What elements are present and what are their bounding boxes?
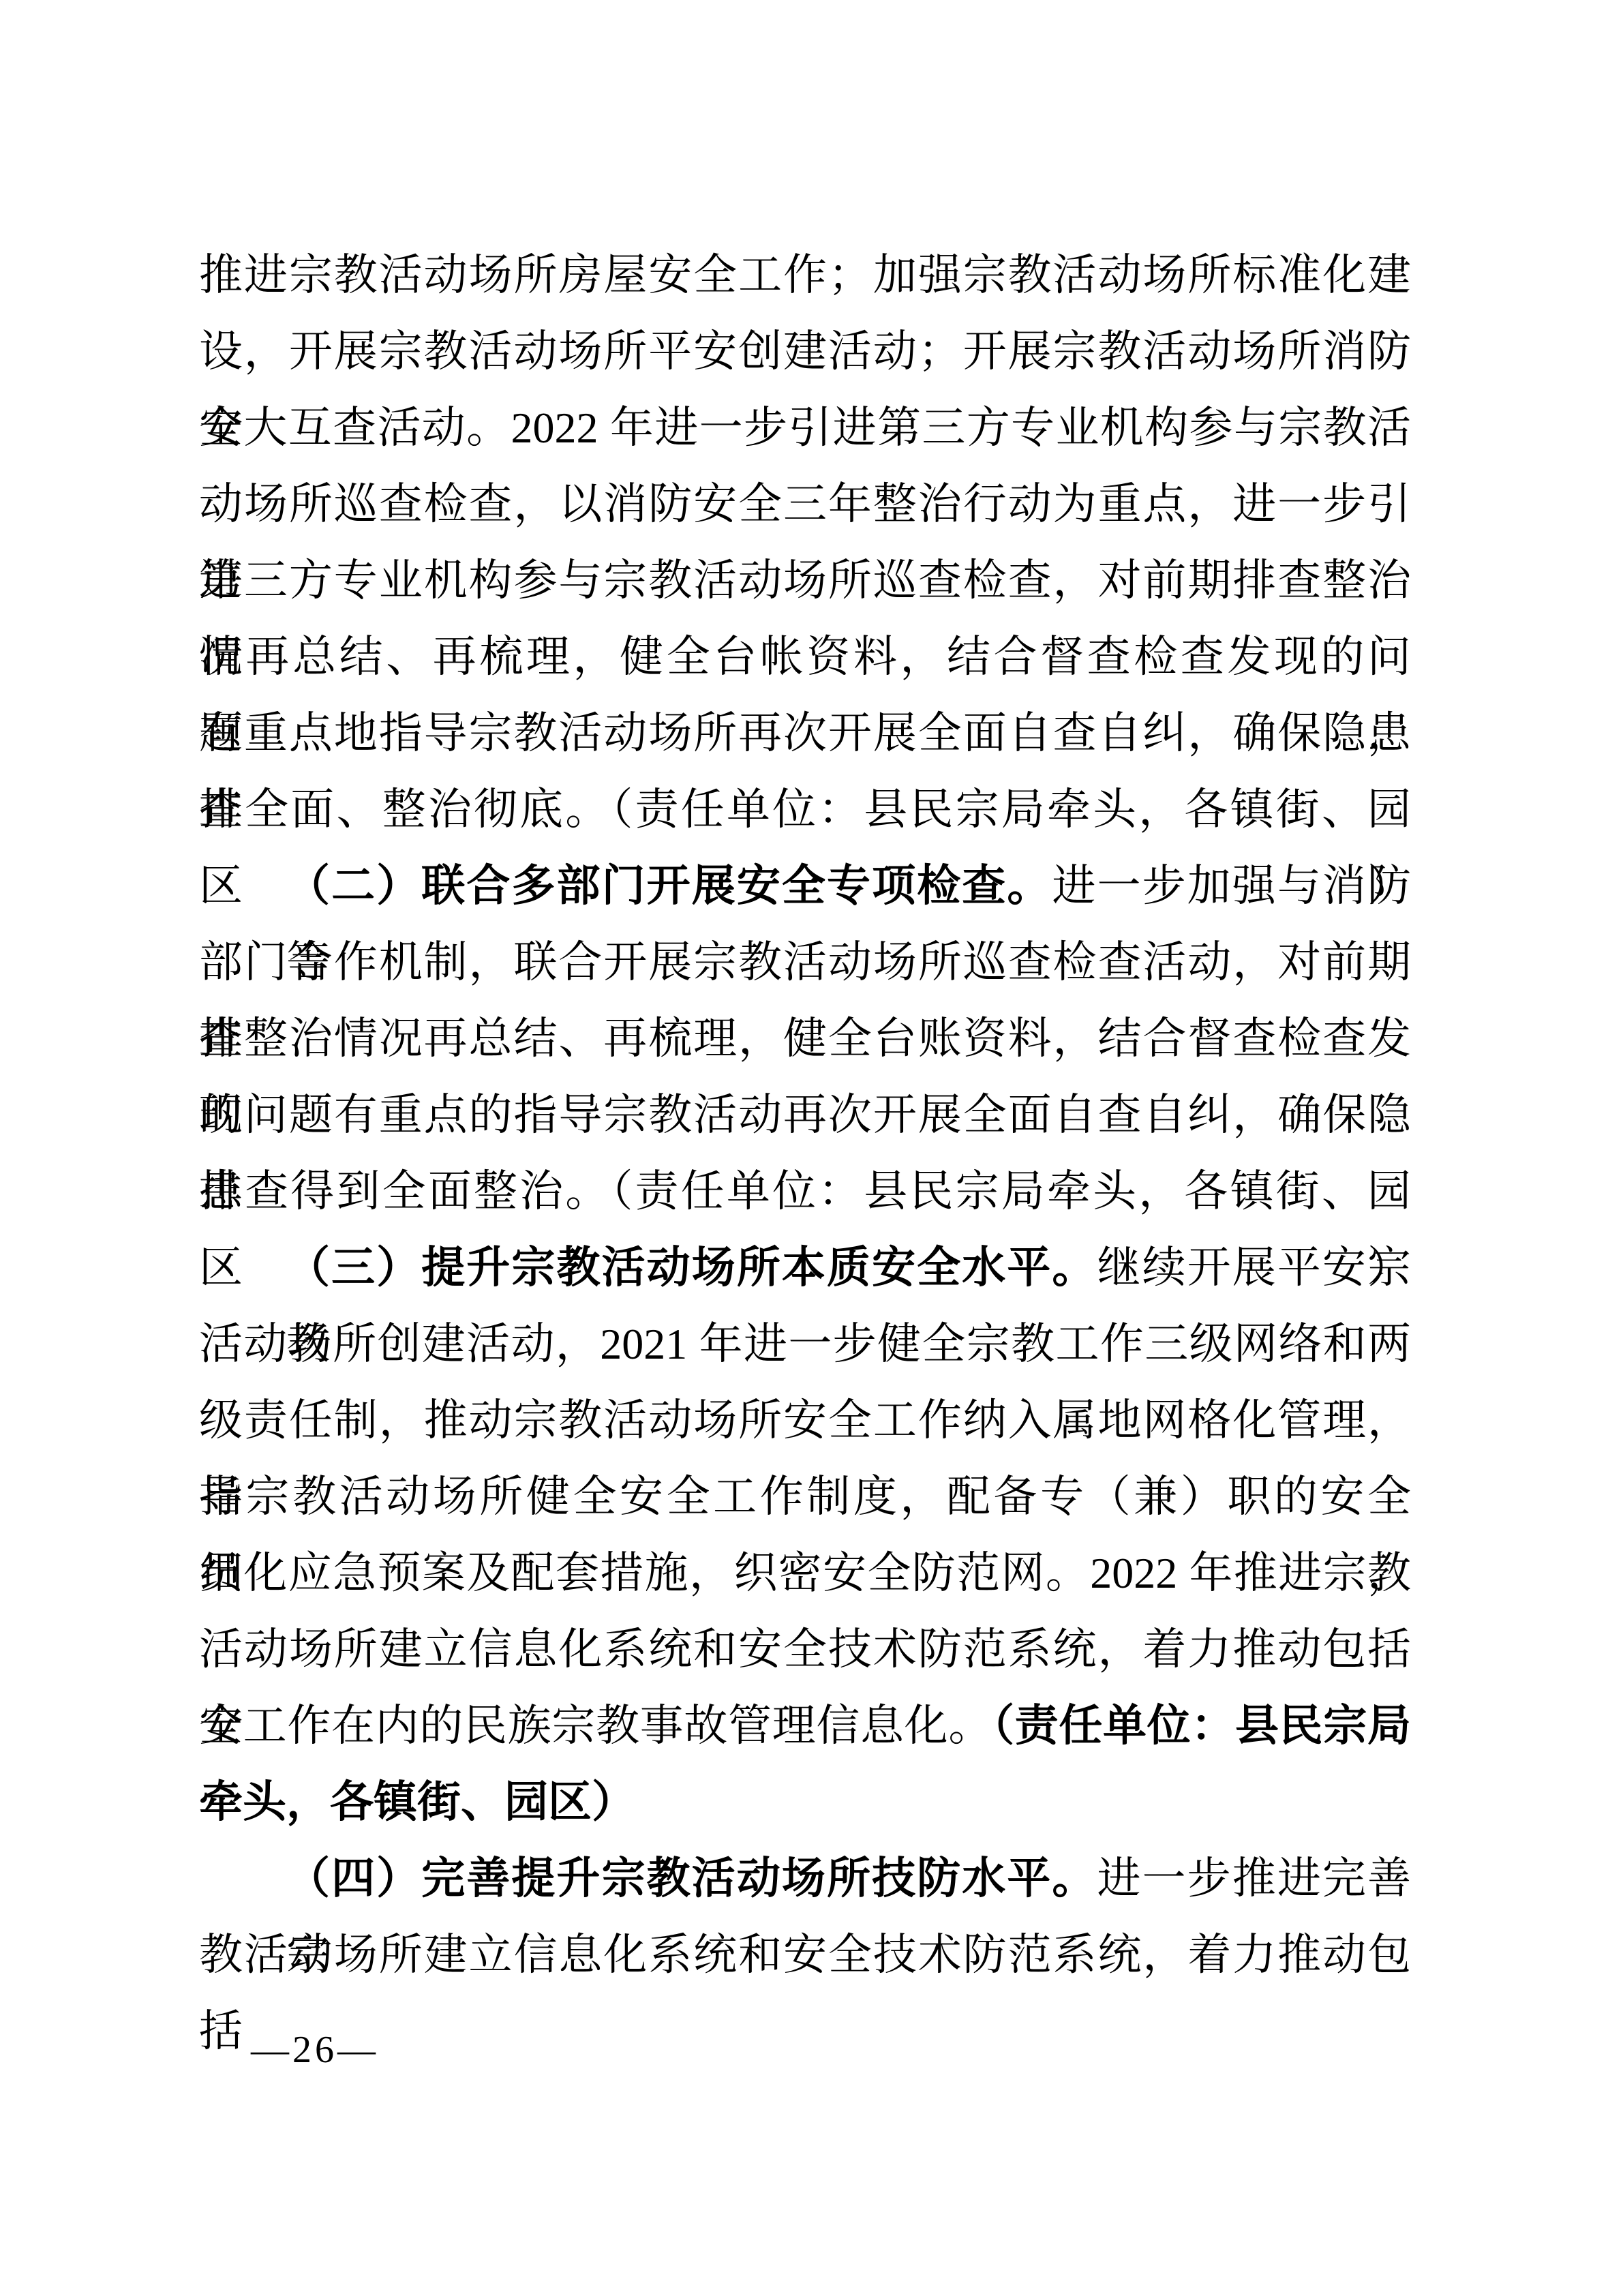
text-line: 活动场所创建活动，2021 年进一步健全宗教工作三级网络和两 bbox=[199, 1306, 1411, 1383]
text-line: 设，开展宗教活动场所平安创建活动；开展宗教活动场所消防安 bbox=[199, 314, 1411, 390]
text-line: 况再总结、再梳理，健全台帐资料，结合督查检查发现的问题， bbox=[199, 619, 1411, 695]
text-line: 的问题有重点的指导宗教活动再次开展全面自查自纠，确保隐患 bbox=[199, 1077, 1411, 1153]
text-line: 动场所巡查检查，以消防安全三年整治行动为重点，进一步引进 bbox=[199, 466, 1411, 543]
page-footer: —26— bbox=[251, 2026, 379, 2074]
text-line: 第三方专业机构参与宗教活动场所巡查检查，对前期排查整治情 bbox=[199, 543, 1411, 619]
document-body: 推进宗教活动场所房屋安全工作；加强宗教活动场所标准化建设，开展宗教活动场所平安创… bbox=[199, 237, 1411, 1993]
bold-text-segment: （责任单位：县民宗局 bbox=[992, 1702, 1411, 1750]
text-line: 查整治情况再总结、再梳理，健全台账资料，结合督查检查发现 bbox=[199, 1001, 1411, 1077]
text-line: 查全面、整治彻底。（责任单位：县民宗局牵头，各镇街、园区） bbox=[199, 772, 1411, 848]
text-line: 有重点地指导宗教活动场所再次开展全面自查自纠，确保隐患排 bbox=[199, 695, 1411, 772]
text-line: 教活动场所建立信息化系统和安全技术防范系统，着力推动包括 bbox=[199, 1917, 1411, 1993]
text-line: （二）联合多部门开展安全专项检查。进一步加强与消防等 bbox=[199, 848, 1411, 924]
text-line: （四）完善提升宗教活动场所技防水平。进一步推进完善宗 bbox=[199, 1841, 1411, 1917]
text-segment: 细化应急预案及配套措施，织密安全防范网。2022 年推进宗教 bbox=[199, 1549, 1411, 1597]
text-line: （三）提升宗教活动场所本质安全水平。继续开展平安宗教 bbox=[199, 1230, 1411, 1306]
bold-text-segment: （三）提升宗教活动场所本质安全水平。 bbox=[286, 1243, 1097, 1292]
page-number: —26— bbox=[251, 2029, 379, 2071]
text-line: 导宗教活动场所健全安全工作制度，配备专（兼）职的安全员， bbox=[199, 1459, 1411, 1535]
text-line: 全工作在内的民族宗教事故管理信息化。（责任单位：县民宗局 bbox=[199, 1688, 1411, 1764]
text-segment: 教活动场所建立信息化系统和安全技术防范系统，着力推动包括 bbox=[199, 1931, 1411, 2055]
bold-text-segment: （四）完善提升宗教活动场所技防水平。 bbox=[286, 1854, 1097, 1903]
text-segment: 全大互查活动。2022 年进一步引进第三方专业机构参与宗教活 bbox=[199, 404, 1411, 452]
text-segment: 活动场所创建活动，2021 年进一步健全宗教工作三级网络和两 bbox=[199, 1320, 1411, 1368]
text-line: 推进宗教活动场所房屋安全工作；加强宗教活动场所标准化建 bbox=[199, 237, 1411, 314]
text-line: 牵头，各镇街、园区） bbox=[199, 1764, 1411, 1841]
text-line: 级责任制，推动宗教活动场所安全工作纳入属地网格化管理，指 bbox=[199, 1383, 1411, 1459]
bold-text-segment: （二）联合多部门开展安全专项检查。 bbox=[286, 862, 1052, 910]
bold-text-segment: 牵头，各镇街、园区） bbox=[199, 1778, 635, 1826]
text-line: 部门合作机制，联合开展宗教活动场所巡查检查活动，对前期排 bbox=[199, 924, 1411, 1001]
text-line: 全大互查活动。2022 年进一步引进第三方专业机构参与宗教活 bbox=[199, 390, 1411, 466]
text-segment: 全工作在内的民族宗教事故管理信息化。 bbox=[199, 1702, 992, 1750]
text-line: 细化应急预案及配套措施，织密安全防范网。2022 年推进宗教 bbox=[199, 1535, 1411, 1612]
text-line: 活动场所建立信息化系统和安全技术防范系统，着力推动包括安 bbox=[199, 1612, 1411, 1688]
document-page: 推进宗教活动场所房屋安全工作；加强宗教活动场所标准化建设，开展宗教活动场所平安创… bbox=[0, 0, 1623, 2296]
text-line: 排查得到全面整治。（责任单位：县民宗局牵头，各镇街、园区） bbox=[199, 1153, 1411, 1230]
text-segment: 推进宗教活动场所房屋安全工作；加强宗教活动场所标准化建 bbox=[199, 251, 1411, 299]
